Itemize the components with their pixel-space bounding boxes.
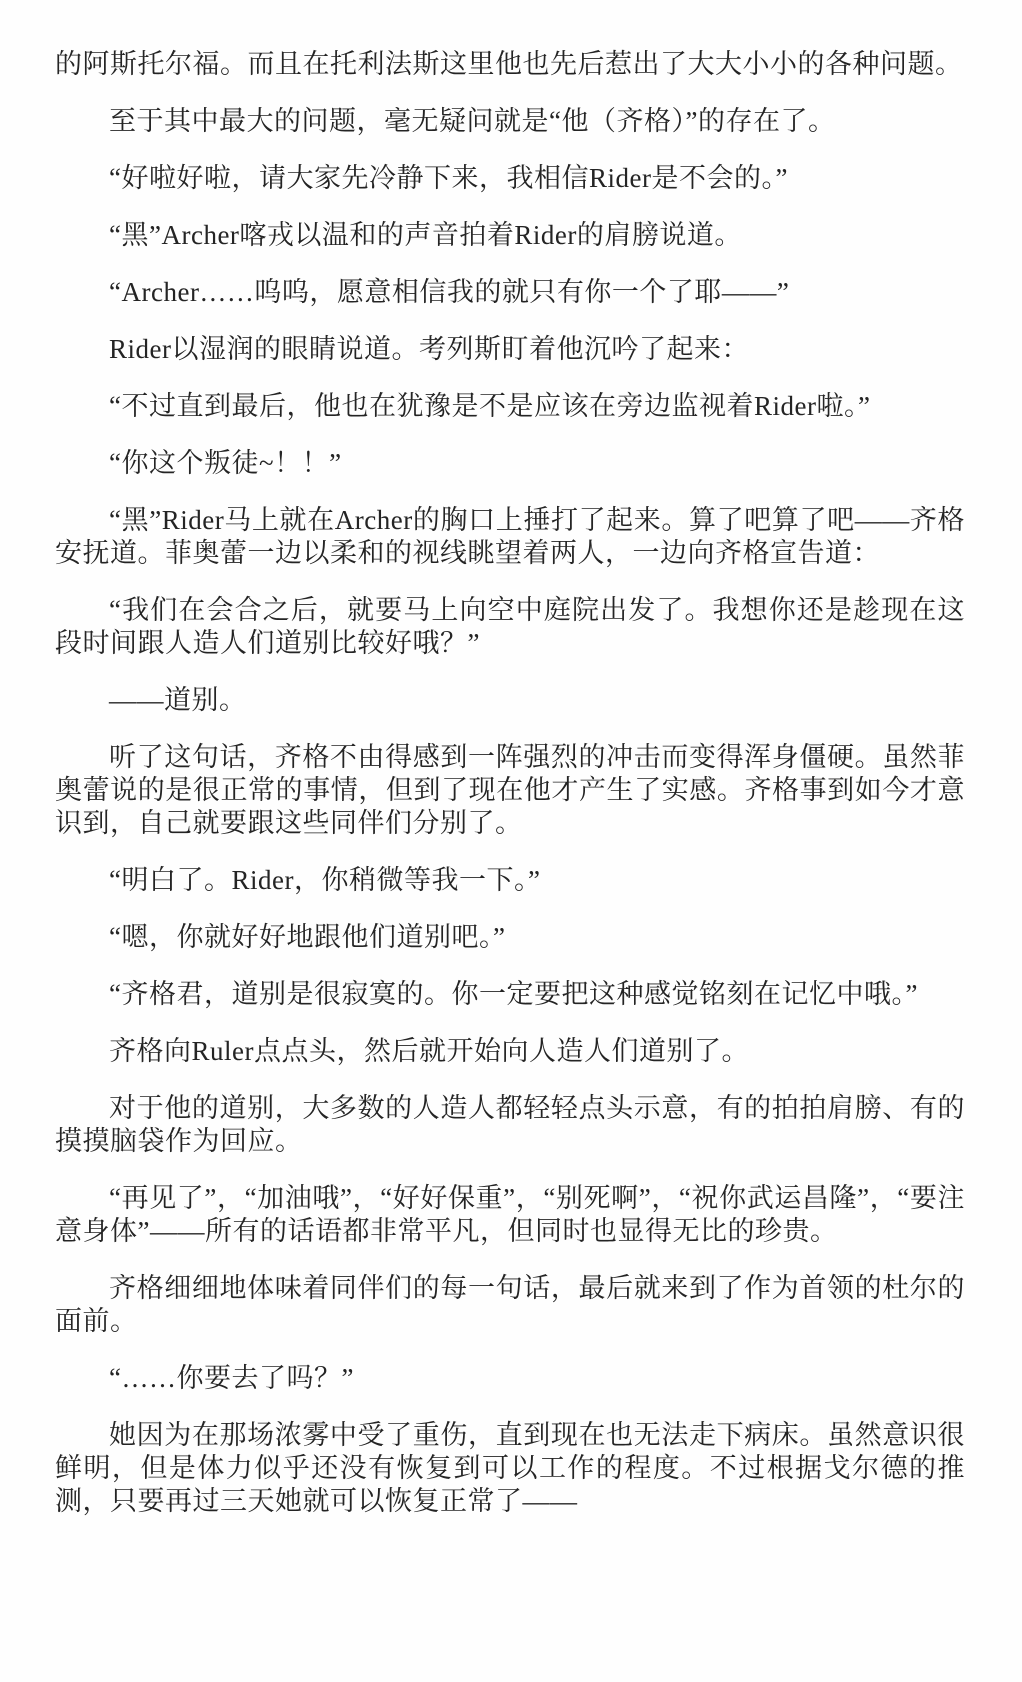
paragraph: 对于他的道别，大多数的人造人都轻轻点头示意，有的拍拍肩膀、有的摸摸脑袋作为回应。: [55, 1092, 965, 1158]
paragraph: 齐格向Ruler点点头，然后就开始向人造人们道别了。: [55, 1035, 965, 1068]
paragraph: 她因为在那场浓雾中受了重伤，直到现在也无法走下病床。虽然意识很鲜明，但是体力似乎…: [55, 1419, 965, 1518]
paragraph: “明白了。Rider，你稍微等我一下。”: [55, 864, 965, 897]
paragraph: “不过直到最后，他也在犹豫是不是应该在旁边监视着Rider啦。”: [55, 390, 965, 423]
paragraph: “黑”Rider马上就在Archer的胸口上捶打了起来。算了吧算了吧——齐格安抚…: [55, 504, 965, 570]
paragraph: “好啦好啦，请大家先冷静下来，我相信Rider是不会的。”: [55, 162, 965, 195]
document-page: 的阿斯托尔福。而且在托利法斯这里他也先后惹出了大大小小的各种问题。至于其中最大的…: [0, 0, 1022, 1682]
paragraph: “再见了”，“加油哦”，“好好保重”，“别死啊”，“祝你武运昌隆”，“要注意身体…: [55, 1182, 965, 1248]
paragraph: 听了这句话，齐格不由得感到一阵强烈的冲击而变得浑身僵硬。虽然菲奥蕾说的是很正常的…: [55, 741, 965, 840]
paragraph: “嗯，你就好好地跟他们道别吧。”: [55, 921, 965, 954]
paragraph: 的阿斯托尔福。而且在托利法斯这里他也先后惹出了大大小小的各种问题。: [55, 48, 965, 81]
paragraph: 至于其中最大的问题，毫无疑问就是“他（齐格）”的存在了。: [55, 105, 965, 138]
paragraph: “Archer……呜呜，愿意相信我的就只有你一个了耶——”: [55, 276, 965, 309]
text-column: 的阿斯托尔福。而且在托利法斯这里他也先后惹出了大大小小的各种问题。至于其中最大的…: [55, 48, 965, 1518]
paragraph: “我们在会合之后，就要马上向空中庭院出发了。我想你还是趁现在这段时间跟人造人们道…: [55, 594, 965, 660]
paragraph: “齐格君，道别是很寂寞的。你一定要把这种感觉铭刻在记忆中哦。”: [55, 978, 965, 1011]
paragraph: “你这个叛徒~！！”: [55, 447, 965, 480]
paragraph: Rider以湿润的眼睛说道。考列斯盯着他沉吟了起来：: [55, 333, 965, 366]
paragraph: ——道别。: [55, 684, 965, 717]
paragraph: 齐格细细地体味着同伴们的每一句话，最后就来到了作为首领的杜尔的面前。: [55, 1272, 965, 1338]
paragraph: “……你要去了吗？”: [55, 1362, 965, 1395]
paragraph: “黑”Archer喀戎以温和的声音拍着Rider的肩膀说道。: [55, 219, 965, 252]
